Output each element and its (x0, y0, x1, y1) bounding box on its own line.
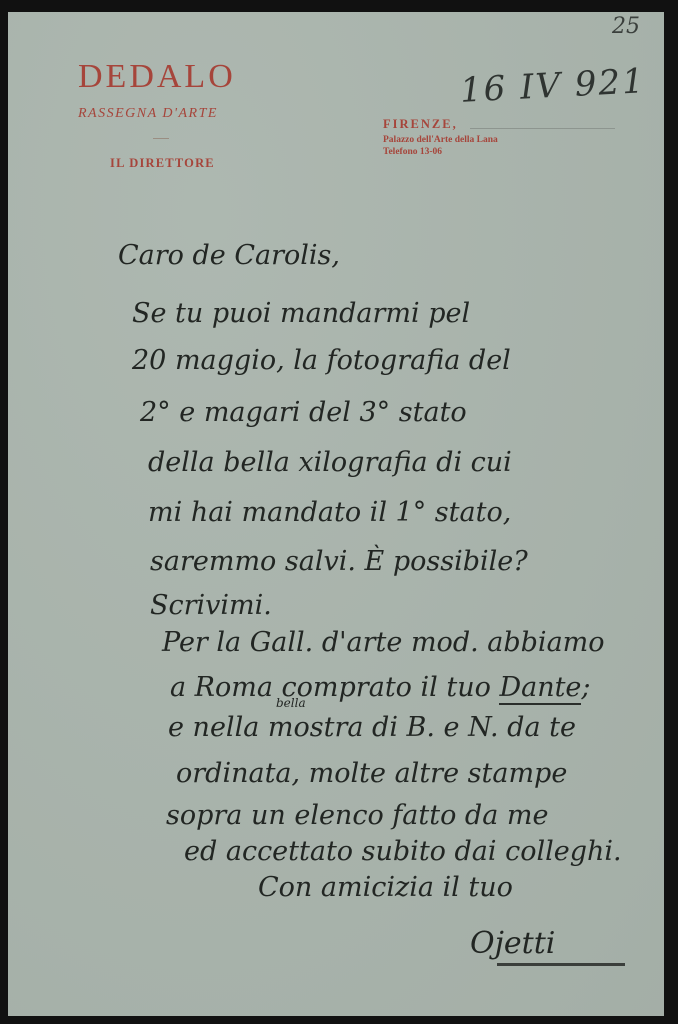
letter-line: ordinata, molte altre stampe (176, 758, 567, 789)
signature-underline (497, 963, 625, 966)
closing: Con amicizia il tuo (258, 872, 513, 903)
archive-page-number: 25 (612, 14, 640, 39)
letter-line: 2° e magari del 3° stato (140, 397, 467, 428)
letter-line: ed accettato subito dai colleghi. (184, 836, 622, 867)
letterhead-subtitle: RASSEGNA D'ARTE (78, 106, 218, 122)
salutation: Caro de Carolis, (118, 240, 340, 271)
letter-line: mi hai mandato il 1° stato, (148, 497, 511, 528)
letter-line: saremmo salvi. È possibile? (150, 546, 528, 577)
underlined-title: Dante (499, 672, 581, 705)
letter-line: Scrivimi. (150, 590, 272, 621)
letterhead-address: Palazzo dell'Arte della Lana (383, 134, 498, 146)
letter-line: Se tu puoi mandarmi pel (132, 298, 470, 329)
letterhead-divider (153, 138, 169, 139)
letter-line: della bella xilografia di cui (148, 447, 512, 478)
letterhead-title: DEDALO (78, 58, 236, 96)
letter-line: 20 maggio, la fotografia del (132, 345, 511, 376)
interlinear-insert: bella (276, 696, 306, 710)
letter-line: e nella mostra di B. e N. da te (168, 712, 576, 743)
signature: Ojetti (470, 926, 555, 961)
letterhead-city: FIRENZE, (383, 117, 458, 132)
date-line (470, 128, 615, 129)
punctuation: ; (581, 672, 590, 703)
letterhead-address-block: Palazzo dell'Arte della Lana Telefono 13… (383, 134, 498, 158)
letterhead-phone: Telefono 13-06 (383, 146, 498, 158)
letter-line: Per la Gall. d'arte mod. abbiamo (162, 627, 605, 658)
letter-line: a Roma comprato il tuo Dante; (170, 672, 591, 703)
letter-text: a Roma comprato il tuo (170, 672, 491, 703)
letterhead-role: IL DIRETTORE (110, 156, 215, 171)
letter-line: sopra un elenco fatto da me (166, 800, 548, 831)
